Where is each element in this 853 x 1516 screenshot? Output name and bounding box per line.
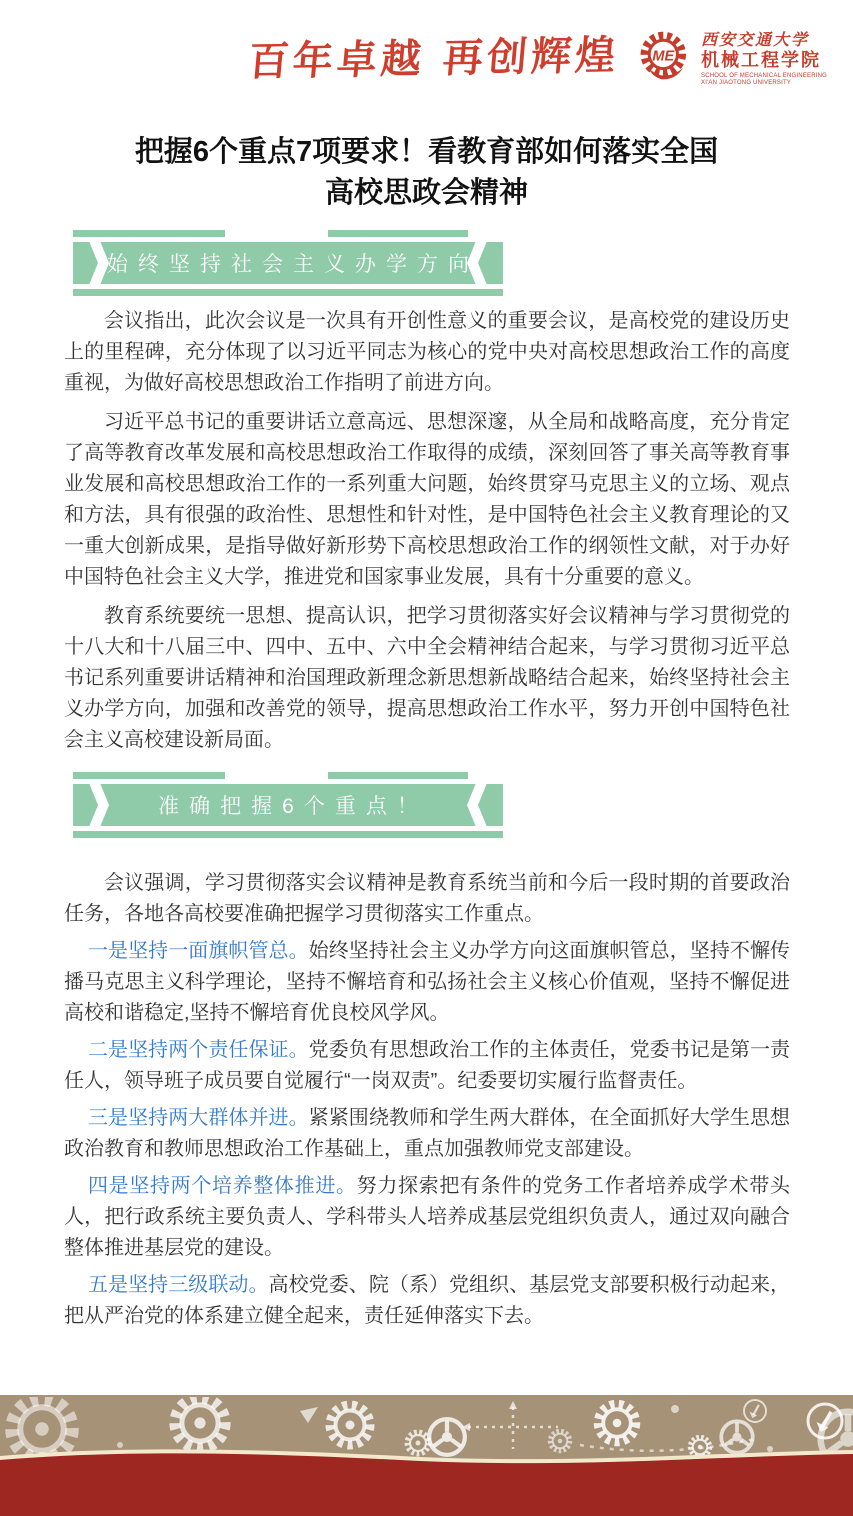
section-1-body: 会议指出，此次会议是一次具有开创性意义的重要会议，是高校党的建设历史上的里程碑，… [64, 306, 790, 756]
item-lead: 一是坚持一面旗帜管总。 [88, 940, 309, 962]
red-wave-decoration [0, 1444, 853, 1516]
article-page: 百年卓越 再创辉煌 ME 西安交通大学 机械工程学院 SCHOOL OF MEC… [0, 0, 853, 1516]
banner-bottom-bar [73, 289, 503, 296]
ribbon-notch-left-icon [89, 784, 109, 826]
banner-ribbon: 准确把握6个重点！ [73, 784, 503, 826]
footer-decoration-band [0, 1395, 853, 1516]
item-lead: 四是坚持两个培养整体推进。 [88, 1175, 357, 1197]
school-logo: ME 西安交通大学 机械工程学院 SCHOOL OF MECHANICAL EN… [635, 27, 827, 92]
item-lead: 五是坚持三级联动。 [88, 1274, 269, 1296]
key-point-item: 五是坚持三级联动。高校党委、院（系）党组织、基层党支部要积极行动起来，把从严治党… [64, 1270, 790, 1332]
gear-monogram-icon: ME [635, 27, 695, 92]
paragraph: 会议强调，学习贯彻落实会议精神是教育系统当前和今后一段时期的首要政治任务，各地各… [64, 868, 790, 930]
banner-ribbon: 始终坚持社会主义办学方向 [73, 242, 503, 284]
banner-top-bar [73, 230, 503, 237]
key-point-item: 一是坚持一面旗帜管总。始终坚持社会主义办学方向这面旗帜管总，坚持不懈传播马克思主… [64, 936, 790, 1029]
key-point-item: 二是坚持两个责任保证。党委负有思想政治工作的主体责任，党委书记是第一责任人，领导… [64, 1035, 790, 1097]
logo-english-name: SCHOOL OF MECHANICAL ENGINEERING XI'AN J… [701, 73, 827, 87]
paragraph: 习近平总书记的重要讲话立意高远、思想深邃，从全局和战略高度，充分肯定了高等教育改… [64, 407, 790, 593]
section-2-body: 会议强调，学习贯彻落实会议精神是教育系统当前和今后一段时期的首要政治任务，各地各… [64, 868, 790, 1332]
banner-top-bar [73, 772, 503, 779]
section-banner-2: 准确把握6个重点！ [73, 772, 503, 838]
key-point-item: 三是坚持两大群体并进。紧紧围绕教师和学生两大群体，在全面抓好大学生思想政治教育和… [64, 1103, 790, 1165]
banner-bottom-bar [73, 831, 503, 838]
section-banner-1: 始终坚持社会主义办学方向 [73, 230, 503, 296]
logo-school-name: 机械工程学院 [701, 51, 827, 71]
item-lead: 三是坚持两大群体并进。 [88, 1107, 309, 1129]
logo-monogram-text: ME [652, 48, 675, 64]
key-point-item: 四是坚持两个培养整体推进。努力探索把有条件的党务工作者培养成学术带头人，把行政系… [64, 1171, 790, 1264]
page-header: 百年卓越 再创辉煌 ME 西安交通大学 机械工程学院 SCHOOL OF MEC… [0, 0, 853, 94]
banner-title: 始终坚持社会主义办学方向 [97, 248, 479, 278]
logo-university-name: 西安交通大学 [701, 31, 827, 49]
paragraph: 会议指出，此次会议是一次具有开创性意义的重要会议，是高校党的建设历史上的里程碑，… [64, 306, 790, 399]
item-lead: 二是坚持两个责任保证。 [88, 1039, 309, 1061]
ribbon-notch-right-icon [467, 784, 487, 826]
article-title: 把握6个重点7项要求！看教育部如何落实全国高校思政会精神 [134, 132, 720, 214]
calligraphy-slogan: 百年卓越 再创辉煌 [247, 36, 621, 82]
paragraph: 教育系统要统一思想、提高认识，把学习贯彻落实好会议精神与学习贯彻党的十八大和十八… [64, 601, 790, 756]
logo-text-block: 西安交通大学 机械工程学院 SCHOOL OF MECHANICAL ENGIN… [701, 31, 827, 86]
banner-title: 准确把握6个重点！ [148, 790, 428, 820]
